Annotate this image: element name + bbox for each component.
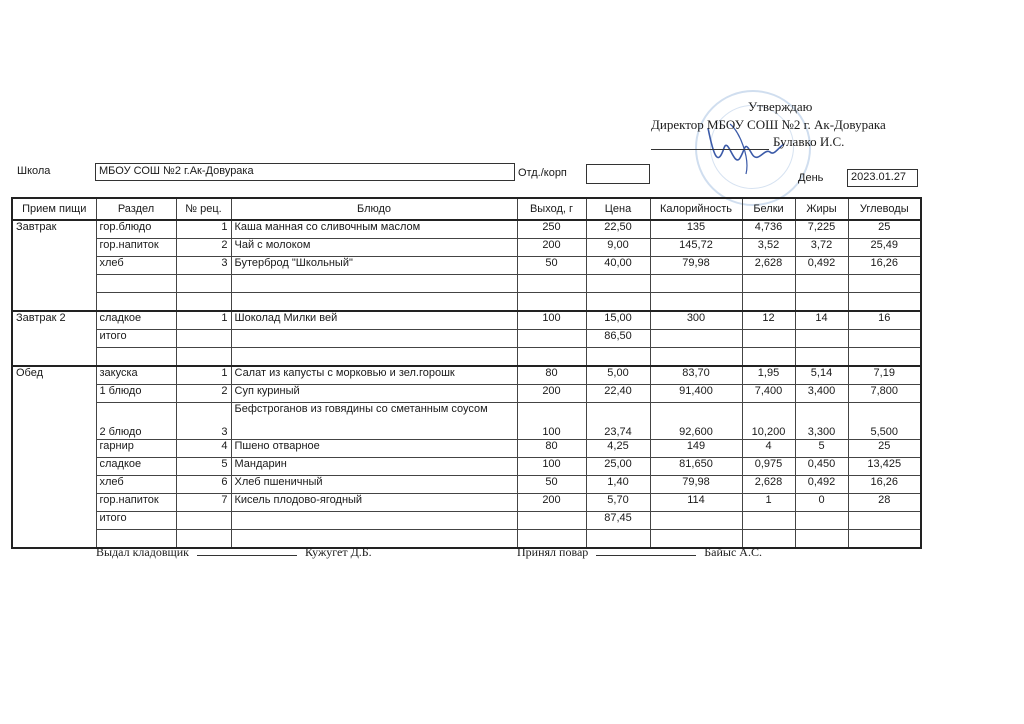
yield-cell: 100 <box>517 403 586 440</box>
recipe-number-cell: 7 <box>176 494 231 512</box>
carbs-cell: 13,425 <box>848 458 921 476</box>
protein-cell: 7,400 <box>742 385 795 403</box>
dept-field <box>586 164 650 184</box>
calories-cell: 135 <box>650 220 742 239</box>
calories-cell: 92,600 <box>650 403 742 440</box>
section-cell: сладкое <box>96 311 176 330</box>
issued-label: Выдал кладовщик <box>96 545 189 559</box>
dish-cell <box>231 293 517 312</box>
table-row: гор.напиток7Кисель плодово-ягодный2005,7… <box>12 494 921 512</box>
price-cell: 5,00 <box>586 366 650 385</box>
approval-position: Директор МБОУ СОШ №2 г. Ак-Довурака <box>651 117 886 133</box>
section-cell <box>96 293 176 312</box>
price-cell: 22,40 <box>586 385 650 403</box>
fat-cell <box>795 293 848 312</box>
column-header: Блюдо <box>231 198 517 220</box>
column-header: Раздел <box>96 198 176 220</box>
fat-cell: 5 <box>795 440 848 458</box>
dish-cell <box>231 330 517 348</box>
protein-cell: 1,95 <box>742 366 795 385</box>
yield-cell: 50 <box>517 257 586 275</box>
section-cell: гор.блюдо <box>96 220 176 239</box>
price-cell: 5,70 <box>586 494 650 512</box>
fat-cell: 3,72 <box>795 239 848 257</box>
table-row: итого87,45 <box>12 512 921 530</box>
price-cell: 15,00 <box>586 311 650 330</box>
yield-cell <box>517 348 586 367</box>
signature-underline <box>651 137 769 150</box>
recipe-number-cell: 3 <box>176 257 231 275</box>
fat-cell: 3,400 <box>795 385 848 403</box>
fat-cell <box>795 330 848 348</box>
carbs-cell <box>848 348 921 367</box>
recipe-number-cell <box>176 348 231 367</box>
calories-cell: 300 <box>650 311 742 330</box>
yield-cell: 200 <box>517 385 586 403</box>
section-cell: закуска <box>96 366 176 385</box>
table-row: хлеб3Бутерброд "Школьный"5040,0079,982,6… <box>12 257 921 275</box>
carbs-cell <box>848 330 921 348</box>
yield-cell: 80 <box>517 440 586 458</box>
yield-cell: 100 <box>517 458 586 476</box>
carbs-cell: 28 <box>848 494 921 512</box>
section-cell: гор.напиток <box>96 239 176 257</box>
calories-cell: 114 <box>650 494 742 512</box>
price-cell: 9,00 <box>586 239 650 257</box>
column-header: Жиры <box>795 198 848 220</box>
protein-cell: 2,628 <box>742 476 795 494</box>
table-header-row: Прием пищиРаздел№ рец.БлюдоВыход, гЦенаК… <box>12 198 921 220</box>
price-cell <box>586 348 650 367</box>
section-cell <box>96 348 176 367</box>
dish-cell <box>231 275 517 293</box>
protein-cell <box>742 275 795 293</box>
yield-cell: 200 <box>517 494 586 512</box>
dish-cell: Салат из капусты с морковью и зел.горошк <box>231 366 517 385</box>
table-row: Завтракгор.блюдо1Каша манная со сливочны… <box>12 220 921 239</box>
carbs-cell <box>848 275 921 293</box>
price-cell: 23,74 <box>586 403 650 440</box>
received-by: Принял поварБайыс А.С. <box>517 544 762 560</box>
calories-cell: 149 <box>650 440 742 458</box>
table-row: сладкое5Мандарин10025,0081,6500,9750,450… <box>12 458 921 476</box>
protein-cell <box>742 330 795 348</box>
recipe-number-cell: 1 <box>176 220 231 239</box>
table-row: гор.напиток2Чай с молоком2009,00145,723,… <box>12 239 921 257</box>
yield-cell <box>517 293 586 312</box>
recipe-number-cell: 4 <box>176 440 231 458</box>
table-row: 2 блюдо3Бефстроганов из говядины со смет… <box>12 403 921 440</box>
carbs-cell: 25,49 <box>848 239 921 257</box>
dish-cell: Шоколад Милки вей <box>231 311 517 330</box>
recipe-number-cell <box>176 330 231 348</box>
column-header: Выход, г <box>517 198 586 220</box>
fat-cell: 0,492 <box>795 476 848 494</box>
carbs-cell: 16 <box>848 311 921 330</box>
carbs-cell: 25 <box>848 440 921 458</box>
column-header: Белки <box>742 198 795 220</box>
meal-cell: Обед <box>12 366 96 548</box>
protein-cell: 1 <box>742 494 795 512</box>
section-cell: итого <box>96 512 176 530</box>
yield-cell: 50 <box>517 476 586 494</box>
section-cell: сладкое <box>96 458 176 476</box>
meal-cell: Завтрак 2 <box>12 311 96 366</box>
fat-cell <box>795 512 848 530</box>
approval-signature-line: Булавко И.С. <box>651 134 891 150</box>
protein-cell: 4 <box>742 440 795 458</box>
issued-by: Выдал кладовщикКужугет Д.Б. <box>96 544 372 560</box>
protein-cell: 12 <box>742 311 795 330</box>
dish-cell: Пшено отварное <box>231 440 517 458</box>
fat-cell <box>795 275 848 293</box>
section-cell: итого <box>96 330 176 348</box>
price-cell: 40,00 <box>586 257 650 275</box>
protein-cell <box>742 512 795 530</box>
column-header: № рец. <box>176 198 231 220</box>
calories-cell <box>650 512 742 530</box>
carbs-cell <box>848 512 921 530</box>
fat-cell: 3,300 <box>795 403 848 440</box>
menu-table: Прием пищиРаздел№ рец.БлюдоВыход, гЦенаК… <box>11 197 922 549</box>
section-cell: 2 блюдо <box>96 403 176 440</box>
dish-cell: Бефстроганов из говядины со сметанным со… <box>231 403 517 440</box>
issued-name: Кужугет Д.Б. <box>305 545 372 559</box>
section-cell: 1 блюдо <box>96 385 176 403</box>
carbs-cell: 25 <box>848 220 921 239</box>
recipe-number-cell: 2 <box>176 385 231 403</box>
meal-cell: Завтрак <box>12 220 96 311</box>
section-cell: гор.напиток <box>96 494 176 512</box>
carbs-cell: 5,500 <box>848 403 921 440</box>
fat-cell: 7,225 <box>795 220 848 239</box>
price-cell <box>586 275 650 293</box>
table-row <box>12 293 921 312</box>
table-row: 1 блюдо2Суп куриный20022,4091,4007,4003,… <box>12 385 921 403</box>
calories-cell: 79,98 <box>650 257 742 275</box>
section-cell: хлеб <box>96 257 176 275</box>
carbs-cell: 7,19 <box>848 366 921 385</box>
recipe-number-cell <box>176 512 231 530</box>
recipe-number-cell <box>176 293 231 312</box>
yield-cell <box>517 330 586 348</box>
table-row: хлеб6Хлеб пшеничный501,4079,982,6280,492… <box>12 476 921 494</box>
table-row: итого86,50 <box>12 330 921 348</box>
dish-cell <box>231 512 517 530</box>
table-row <box>12 348 921 367</box>
price-cell: 86,50 <box>586 330 650 348</box>
protein-cell <box>742 348 795 367</box>
fat-cell <box>795 530 848 549</box>
table-row: гарнир4Пшено отварное804,251494525 <box>12 440 921 458</box>
protein-cell: 3,52 <box>742 239 795 257</box>
dish-cell: Хлеб пшеничный <box>231 476 517 494</box>
column-header: Углеводы <box>848 198 921 220</box>
protein-cell <box>742 293 795 312</box>
recipe-number-cell: 5 <box>176 458 231 476</box>
column-header: Прием пищи <box>12 198 96 220</box>
carbs-cell: 16,26 <box>848 257 921 275</box>
carbs-cell <box>848 293 921 312</box>
price-cell: 22,50 <box>586 220 650 239</box>
school-label: Школа <box>17 165 50 177</box>
column-header: Цена <box>586 198 650 220</box>
yield-cell: 200 <box>517 239 586 257</box>
fat-cell <box>795 348 848 367</box>
price-cell: 25,00 <box>586 458 650 476</box>
fat-cell: 5,14 <box>795 366 848 385</box>
recipe-number-cell: 2 <box>176 239 231 257</box>
price-cell: 87,45 <box>586 512 650 530</box>
recipe-number-cell <box>176 275 231 293</box>
day-field: 2023.01.27 <box>847 169 918 187</box>
approval-title: Утверждаю <box>748 99 812 115</box>
price-cell <box>586 293 650 312</box>
protein-cell: 2,628 <box>742 257 795 275</box>
dish-cell: Чай с молоком <box>231 239 517 257</box>
carbs-cell <box>848 530 921 549</box>
yield-cell <box>517 275 586 293</box>
dish-cell: Каша манная со сливочным маслом <box>231 220 517 239</box>
recipe-number-cell: 6 <box>176 476 231 494</box>
section-cell: гарнир <box>96 440 176 458</box>
protein-cell: 4,736 <box>742 220 795 239</box>
received-label: Принял повар <box>517 545 588 559</box>
yield-cell: 80 <box>517 366 586 385</box>
dish-cell: Суп куриный <box>231 385 517 403</box>
dept-label: Отд./корп <box>518 167 567 179</box>
dish-cell: Бутерброд "Школьный" <box>231 257 517 275</box>
yield-cell: 100 <box>517 311 586 330</box>
table-row: Завтрак 2сладкое1Шоколад Милки вей10015,… <box>12 311 921 330</box>
section-cell: хлеб <box>96 476 176 494</box>
recipe-number-cell: 1 <box>176 366 231 385</box>
calories-cell: 83,70 <box>650 366 742 385</box>
carbs-cell: 16,26 <box>848 476 921 494</box>
fat-cell: 0,492 <box>795 257 848 275</box>
recipe-number-cell: 3 <box>176 403 231 440</box>
calories-cell: 145,72 <box>650 239 742 257</box>
protein-cell: 0,975 <box>742 458 795 476</box>
calories-cell <box>650 275 742 293</box>
fat-cell: 0,450 <box>795 458 848 476</box>
table-body: Завтракгор.блюдо1Каша манная со сливочны… <box>12 220 921 548</box>
received-name: Байыс А.С. <box>704 545 762 559</box>
price-cell: 1,40 <box>586 476 650 494</box>
calories-cell: 79,98 <box>650 476 742 494</box>
carbs-cell: 7,800 <box>848 385 921 403</box>
recipe-number-cell: 1 <box>176 311 231 330</box>
calories-cell <box>650 330 742 348</box>
calories-cell: 81,650 <box>650 458 742 476</box>
fat-cell: 14 <box>795 311 848 330</box>
table-row: Обедзакуска1Салат из капусты с морковью … <box>12 366 921 385</box>
received-signature-line <box>596 544 696 556</box>
column-header: Калорийность <box>650 198 742 220</box>
dish-cell: Мандарин <box>231 458 517 476</box>
day-label: День <box>798 172 823 184</box>
school-field: МБОУ СОШ №2 г.Ак-Довурака <box>95 163 515 181</box>
calories-cell: 91,400 <box>650 385 742 403</box>
section-cell <box>96 275 176 293</box>
fat-cell: 0 <box>795 494 848 512</box>
price-cell: 4,25 <box>586 440 650 458</box>
table-row <box>12 275 921 293</box>
dish-cell: Кисель плодово-ягодный <box>231 494 517 512</box>
yield-cell: 250 <box>517 220 586 239</box>
dish-cell <box>231 348 517 367</box>
calories-cell <box>650 293 742 312</box>
yield-cell <box>517 512 586 530</box>
approver-name: Булавко И.С. <box>773 134 844 149</box>
protein-cell: 10,200 <box>742 403 795 440</box>
calories-cell <box>650 348 742 367</box>
issued-signature-line <box>197 544 297 556</box>
